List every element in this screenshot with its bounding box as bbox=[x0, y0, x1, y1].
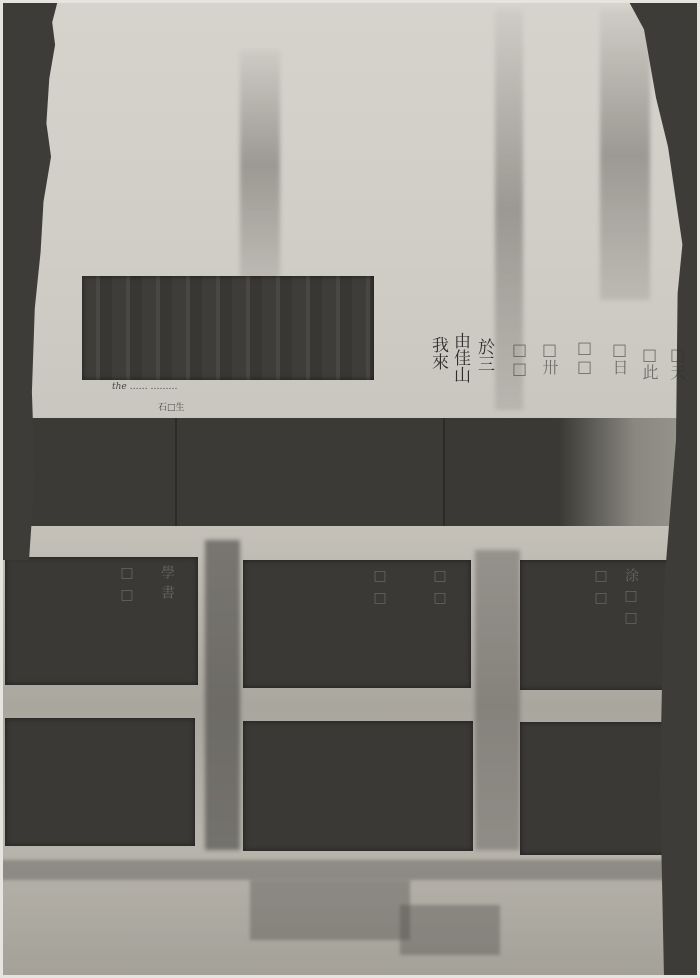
water-stain bbox=[600, 10, 650, 300]
stain bbox=[250, 880, 410, 940]
stone-tablet-middle-left: 學書 □□ bbox=[5, 557, 198, 685]
pillar-stain bbox=[475, 550, 520, 850]
stone-tablet-bottom-left bbox=[5, 718, 195, 846]
tablet-band bbox=[0, 418, 700, 526]
stone-tablet-top bbox=[82, 276, 374, 380]
stone-tablet-bottom-center bbox=[243, 721, 473, 851]
graffiti-column-3: 於三 bbox=[474, 338, 494, 372]
pillar-stain bbox=[205, 540, 240, 850]
band-segment bbox=[177, 418, 445, 526]
pencil-scrawl: 石□生 bbox=[158, 400, 185, 413]
stain bbox=[0, 860, 700, 880]
stone-tablet-middle-center: □□ □□ bbox=[243, 560, 471, 688]
band-segment bbox=[445, 418, 698, 526]
pencil-scrawl: the …… ……… bbox=[112, 382, 177, 392]
photograph: 學書 □□ □□ □□ 涂□□ □□ 我來 由佳山 於三 □□ □卅 □□ □日… bbox=[0, 0, 700, 978]
water-stain bbox=[240, 50, 280, 280]
graffiti-faint: □□ bbox=[575, 338, 593, 376]
graffiti-column-2: 由佳山 bbox=[450, 332, 470, 383]
graffiti-faint: □此 bbox=[640, 345, 658, 380]
graffiti-column-1: 我來 bbox=[428, 336, 448, 370]
stain bbox=[400, 905, 500, 955]
graffiti-faint: □卅 bbox=[540, 340, 558, 375]
graffiti-faint: □天 bbox=[668, 345, 686, 380]
graffiti-faint: □□ bbox=[510, 340, 528, 378]
graffiti-faint: □日 bbox=[610, 340, 628, 375]
